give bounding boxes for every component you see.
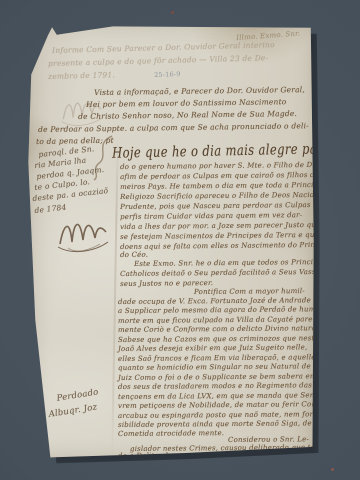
manuscript-line: perfis tiram Cuidar vidas para quem em v… [120, 211, 302, 221]
manuscript-line: Pontifica Com a mayor humil- [194, 287, 305, 296]
manuscript-line: vrem petiçoens de Nobilidade, de matar o… [118, 400, 337, 410]
manuscript-line: zembro de 1791. [48, 70, 115, 81]
manuscript-line: Perdoado [56, 387, 99, 403]
manuscript-line: Hei por bem em louvor do Santissimo Nasc… [86, 97, 287, 109]
manuscript-line: quanto se homicidio em Singular no seu N… [118, 362, 311, 372]
manuscript-line: dade occupa de V. Exca. Fortunato Jozé d… [118, 296, 311, 306]
opening-line: Hoje que he o dia mais alegre para to [112, 139, 347, 161]
ghost-rubric-flourish-icon [60, 94, 106, 128]
manuscript-line: dos seus de trasladarem modos e no Regim… [118, 381, 327, 391]
manuscript-line: Prudente, pois que Nasceu para perdoar a… [120, 201, 322, 211]
dust-speck [171, 11, 174, 14]
rubric-flourish-icon [56, 214, 112, 254]
manuscript-line: afim de perdoar as Culpas em que cairaõ … [120, 171, 339, 181]
manuscript-line: mente Coriò e Conforme com o delicto Div… [118, 324, 321, 334]
manuscript-line: Religiozo Sacrificio apareceu o Filho de… [120, 191, 333, 201]
manuscript-line: Joaõ Alves deseja exibir em que Juiz Sug… [118, 343, 307, 353]
manuscript-line: Vista a informaçaõ, e Parecer do Dor. Ou… [94, 85, 305, 97]
manuscript-paper: Illmo. Exmo. Snr. Informe Com Seu Parece… [26, 22, 316, 460]
manuscript-line: Informe Com Seu Parecer o Dor. Ouvidor G… [52, 40, 275, 55]
manuscript-line: do Céo. [120, 251, 148, 259]
photo-background: Illmo. Exmo. Snr. Informe Com Seu Parece… [0, 0, 360, 480]
manuscript-line: presente a culpa e do que fôr achado — V… [48, 53, 268, 68]
manuscript-line: meiros Pays. He tambem o dia em que toda… [120, 181, 323, 191]
manuscript-line: Catholicos deitaõ o Seu perdaõ facilitaõ… [120, 268, 333, 278]
manuscript-line: Este Exmo. Snr. he o dia em que todos os… [134, 258, 326, 268]
manuscript-line: Sabese que ha Cazos em que os criminozos… [118, 334, 347, 344]
manuscript-line: se festejam Nascimentos de Principes da … [120, 231, 336, 241]
manuscript-line: de Christo Senhor noso, No Real Nome de … [78, 109, 297, 121]
manuscript-line: seus Justos no e parecer. [120, 279, 213, 288]
manuscript-line: doens aqui se falta com elles os Nascime… [120, 241, 331, 251]
manuscript-line: a Supplicar pelo mesmo dia agora do Perd… [118, 305, 320, 315]
manuscript-line: do o genero humano por haver S. Mte. o F… [120, 161, 325, 171]
manuscript-line: sibilidade proventa ainda que morte Sena… [118, 419, 326, 429]
manuscript-line: vida a lhes dar por mor. a Joze sem pare… [120, 221, 320, 231]
dust-speck [331, 468, 334, 471]
manuscript-line: Cometida atrocidade mente. [118, 429, 224, 438]
manuscript-line: Albuqr. Joz [48, 402, 98, 420]
archival-notation: 25-16-9 [154, 70, 181, 79]
